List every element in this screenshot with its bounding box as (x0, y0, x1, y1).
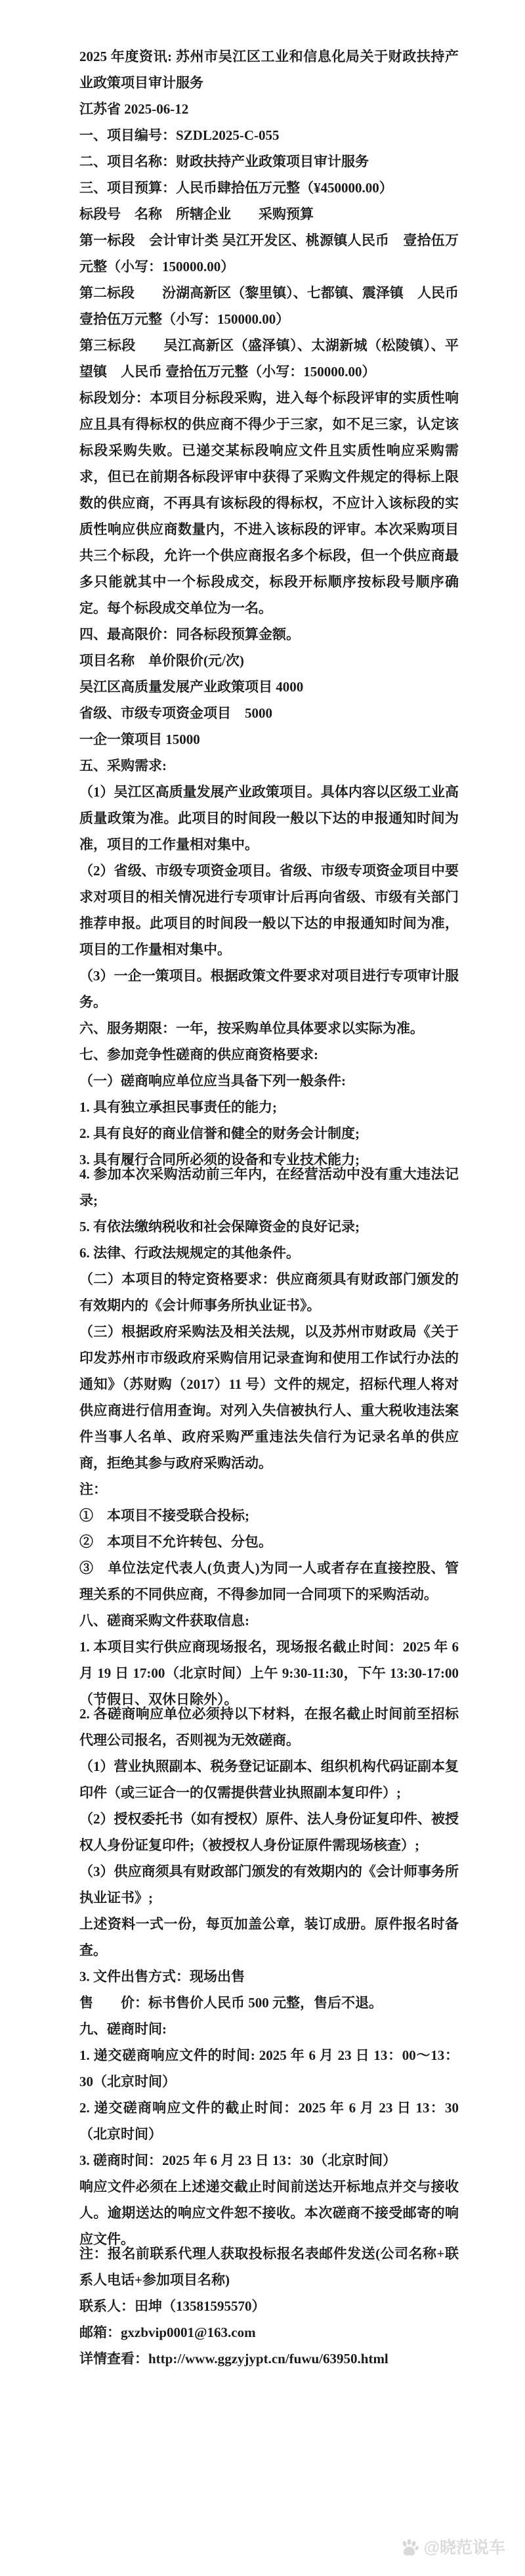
material-3: （3）供应商须具有财政部门颁发的有效期内的《会计师事务所执业证书》; (79, 1858, 459, 1911)
section-procurement-needs: 五、采购需求: (79, 753, 459, 779)
paw-icon (400, 2539, 419, 2557)
condition-5: 5. 有依法缴纳税收和社会保障资金的良好记录; (79, 1213, 459, 1240)
province-date: 江苏省 2025-06-12 (79, 96, 459, 122)
need-1: （1）吴江区高质量发展产业政策项目。具体内容以区级工业高质量政策为准。此项目的时… (79, 779, 459, 858)
note-3: ③ 单位法定代表人(负责人)为同一人或者存在直接控股、管理关系的不同供应商，不得… (79, 1555, 459, 1607)
section-document-acquisition: 八、磋商采购文件获取信息: (79, 1607, 459, 1634)
service-period: 六、服务期限：一年，按采购单位具体要求以实际为准。 (79, 1015, 459, 1041)
lot-table-header: 标段号 名称 所辖企业 采购预算 (79, 201, 459, 227)
lot-1-row: 第一标段 会计审计类 吴江开发区、桃源镇人民币 壹拾伍万元整（小写：150000… (79, 227, 459, 280)
submission-deadline: 2. 递交磋商响应文件的截止时间：2025 年 6 月 23 日 13：30（北… (79, 2095, 459, 2147)
condition-4: 4. 参加本次采购活动前三年内，在经营活动中没有重大违法记录; (79, 1161, 459, 1213)
submission-time: 1. 递交磋商响应文件的时间: 2025 年 6 月 23 日 13：00～13… (79, 2042, 459, 2095)
need-2: （2）省级、市级专项资金项目。省级、市级专项资金项目中要求对项目的相关情况进行专… (79, 858, 459, 963)
price-row-1: 吴江区高质量发展产业政策项目 4000 (79, 674, 459, 700)
watermark-text: @晓范说车 (424, 2540, 505, 2556)
note-1: ① 本项目不接受联合投标; (79, 1502, 459, 1529)
section-supplier-qualifications: 七、参加竞争性磋商的供应商资格要求: (79, 1041, 459, 1068)
watermark: @晓范说车 (400, 2539, 505, 2557)
sale-method: 3. 文件出售方式：现场出售 (79, 1963, 459, 1990)
project-budget: 三、项目预算：人民币肆拾伍万元整（¥450000.00） (79, 175, 459, 201)
document-title: 2025 年度资讯: 苏州市吴江区工业和信息化局关于财政扶持产业政策项目审计服务 (79, 43, 459, 96)
condition-6: 6. 法律、行政法规规定的其他条件。 (79, 1240, 459, 1266)
note-header: 注： (79, 1476, 459, 1502)
note-2: ② 本项目不允许转包、分包。 (79, 1529, 459, 1555)
credit-check-clause: （三）根据政府采购法及相关法规，以及苏州市财政局《关于印发苏州市市级政府采购信用… (79, 1319, 459, 1476)
lot-3-row: 第三标段 吴江高新区（盛泽镇）、太湖新城（松陵镇）、平望镇 人民币 壹拾伍万元整… (79, 332, 459, 385)
need-3: （3）一企一策项目。根据政策文件要求对项目进行专项审计服务。 (79, 963, 459, 1015)
price-row-3: 一企一策项目 15000 (79, 726, 459, 753)
negotiation-time: 3. 磋商时间：2025 年 6 月 23 日 13：30（北京时间） (79, 2147, 459, 2173)
lot-2-row: 第二标段 汾湖高新区（黎里镇）、七都镇、震泽镇 人民币 壹拾伍万元整（小写：15… (79, 280, 459, 332)
sale-price: 售 价：标书售价人民币 500 元整，售后不退。 (79, 1990, 459, 2016)
registration-materials: 2. 各磋商响应单位必须持以下材料，在报名截止时间前至招标代理公司报名，否则视为… (79, 1701, 459, 1753)
contact-email: 邮箱：gxzbvip0001@163.com (79, 2319, 459, 2346)
condition-1: 1. 具有独立承担民事责任的能力; (79, 1094, 459, 1120)
project-name: 二、项目名称：财政扶持产业政策项目审计服务 (79, 148, 459, 175)
lot-division-note: 标段划分：本项目分标段采购，进入每个标段评审的实质性响应且具有得标权的供应商不得… (79, 385, 459, 621)
price-row-2: 省级、市级专项资金项目 5000 (79, 700, 459, 726)
contact-note: 注：报名前联系代理人获取投标报名表邮件发送(公司名称+联系人电话+参加项目名称) (79, 2240, 459, 2293)
general-conditions-header: （一）磋商响应单位应当具备下列一般条件: (79, 1068, 459, 1094)
condition-2: 2. 具有良好的商业信誉和健全的财务会计制度; (79, 1120, 459, 1146)
section-negotiation-time: 九、磋商时间: (79, 2016, 459, 2042)
specific-qualification: （二）本项目的特定资格要求：供应商须具有财政部门颁发的有效期内的《会计师事务所执… (79, 1266, 459, 1319)
max-price: 四、最高限价：同各标段预算金额。 (79, 621, 459, 647)
materials-note: 上述资料一式一份，每页加盖公章，装订成册。原件报名时备查。 (79, 1911, 459, 1963)
material-2: （2）授权委托书（如有授权）原件、法人身份证复印件、被授权人身份证复印件;（被授… (79, 1806, 459, 1858)
material-1: （1）营业执照副本、税务登记证副本、组织机构代码证副本复印件（或三证合一的仅需提… (79, 1753, 459, 1806)
price-table-header: 项目名称 单价限价(元/次) (79, 647, 459, 674)
detail-link: 详情查看：http://www.ggzyjypt.cn/fuwu/63950.h… (79, 2346, 459, 2372)
announcement-document: 2025 年度资讯: 苏州市吴江区工业和信息化局关于财政扶持产业政策项目审计服务… (79, 43, 459, 2372)
contact-person: 联系人：田坤（13581595570） (79, 2293, 459, 2319)
project-number: 一、项目编号：SZDL2025-C-055 (79, 122, 459, 148)
